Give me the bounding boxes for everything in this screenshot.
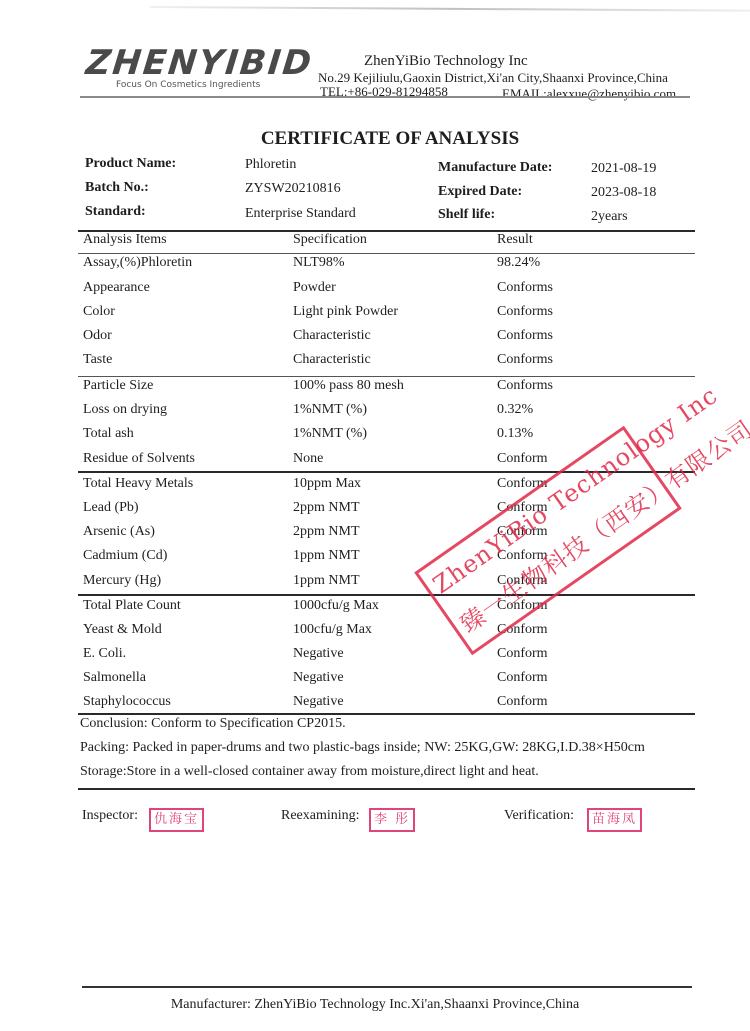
cell-item: Residue of Solvents: [83, 451, 195, 467]
cell-specification: 2ppm NMT: [293, 524, 360, 540]
table-row: ColorLight pink PowderConforms: [83, 304, 683, 328]
cell-result: Conforms: [497, 304, 553, 320]
table-row: Loss on drying1%NMT (%)0.32%: [83, 402, 683, 426]
cell-result: Conforms: [497, 280, 553, 296]
cell-specification: Powder: [293, 280, 336, 296]
cell-item: Appearance: [83, 280, 150, 296]
cell-specification: None: [293, 451, 323, 467]
cell-item: Salmonella: [83, 670, 146, 686]
cell-specification: 2ppm NMT: [293, 500, 360, 516]
cell-result: Conforms: [497, 328, 553, 344]
table-row: StaphylococcusNegativeConform: [83, 694, 683, 718]
cell-result: Conforms: [497, 352, 553, 368]
batch-label: Batch No.:: [85, 180, 149, 196]
cell-item: Loss on drying: [83, 402, 167, 418]
cell-item: Total ash: [83, 426, 134, 442]
cell-result: Conform: [497, 694, 548, 710]
cell-specification: Light pink Powder: [293, 304, 398, 320]
cell-specification: Negative: [293, 646, 344, 662]
company-email: EMAIL:alexxue@zhenyibio.com: [502, 86, 676, 102]
standard-label: Standard:: [85, 204, 146, 220]
cell-result: 0.32%: [497, 402, 533, 418]
cell-specification: Negative: [293, 670, 344, 686]
cell-result: Conform: [497, 451, 548, 467]
shelf-life-value: 2years: [591, 209, 628, 225]
cell-item: Lead (Pb): [83, 500, 139, 516]
notes-bottom-rule: [78, 788, 695, 790]
cell-result: 98.24%: [497, 255, 540, 271]
cell-item: Total Plate Count: [83, 598, 181, 614]
cell-item: Staphylococcus: [83, 694, 171, 710]
cell-specification: 1%NMT (%): [293, 426, 367, 442]
cell-specification: Characteristic: [293, 328, 371, 344]
product-name-value: Phloretin: [245, 157, 296, 173]
cell-specification: 100cfu/g Max: [293, 622, 372, 638]
packing-text: Packing: Packed in paper-drums and two p…: [80, 740, 645, 756]
standard-value: Enterprise Standard: [245, 206, 356, 222]
table-row: Total Plate Count1000cfu/g MaxConform: [83, 598, 683, 622]
cell-item: Arsenic (As): [83, 524, 155, 540]
table-row: OdorCharacteristicConforms: [83, 328, 683, 352]
verification-stamp: 苗海凤: [587, 808, 642, 832]
expired-date-value: 2023-08-18: [591, 185, 656, 201]
header-analysis-items: Analysis Items: [83, 232, 167, 248]
product-name-label: Product Name:: [85, 156, 176, 172]
cell-item: Total Heavy Metals: [83, 476, 193, 492]
cell-specification: Negative: [293, 694, 344, 710]
cell-item: Mercury (Hg): [83, 573, 161, 589]
cell-specification: 1ppm NMT: [293, 548, 360, 564]
company-name: ZhenYiBio Technology Inc: [364, 53, 528, 70]
cell-result: Conform: [497, 670, 548, 686]
footer-manufacturer: Manufacturer: ZhenYiBio Technology Inc.X…: [0, 997, 750, 1013]
logo-tagline: Focus On Cosmetics Ingredients: [116, 80, 260, 90]
cell-specification: 1ppm NMT: [293, 573, 360, 589]
header-divider: [80, 96, 690, 98]
table-row: Mercury (Hg)1ppm NMTConform: [83, 573, 683, 597]
cell-item: Particle Size: [83, 378, 153, 394]
header-specification: Specification: [293, 232, 367, 248]
document-title: CERTIFICATE OF ANALYSIS: [0, 128, 750, 150]
cell-item: Odor: [83, 328, 112, 344]
cell-result: 0.13%: [497, 426, 533, 442]
manufacture-date-label: Manufacture Date:: [438, 160, 552, 176]
company-logo: ZHENYIBID: [84, 43, 315, 83]
inspector-stamp: 仇海宝: [149, 808, 204, 832]
shelf-life-label: Shelf life:: [438, 207, 495, 223]
footer-divider: [82, 986, 692, 988]
cell-item: Color: [83, 304, 115, 320]
cell-item: E. Coli.: [83, 646, 126, 662]
reexamining-stamp: 李 彤: [369, 808, 415, 832]
table-row: Yeast & Mold100cfu/g MaxConform: [83, 622, 683, 646]
table-row: SalmonellaNegativeConform: [83, 670, 683, 694]
cell-result: Conforms: [497, 378, 553, 394]
verification-label: Verification:: [504, 808, 574, 824]
expired-date-label: Expired Date:: [438, 184, 522, 200]
storage-text: Storage:Store in a well-closed container…: [80, 764, 539, 780]
inspector-label: Inspector:: [82, 808, 138, 824]
reexamining-label: Reexamining:: [281, 808, 360, 824]
cell-item: Cadmium (Cd): [83, 548, 167, 564]
cell-specification: Characteristic: [293, 352, 371, 368]
batch-value: ZYSW20210816: [245, 181, 341, 197]
header-result: Result: [497, 232, 533, 248]
cell-specification: 1000cfu/g Max: [293, 598, 379, 614]
cell-specification: 10ppm Max: [293, 476, 361, 492]
cell-result: Conform: [497, 646, 548, 662]
table-row: Assay,(%)PhloretinNLT98%98.24%: [83, 255, 683, 279]
cell-item: Yeast & Mold: [83, 622, 162, 638]
cell-specification: 100% pass 80 mesh: [293, 378, 404, 394]
cell-specification: NLT98%: [293, 255, 345, 271]
table-row: E. Coli.NegativeConform: [83, 646, 683, 670]
table-row: TasteCharacteristicConforms: [83, 352, 683, 376]
cell-specification: 1%NMT (%): [293, 402, 367, 418]
cell-item: Assay,(%)Phloretin: [83, 255, 192, 271]
table-header: Analysis Items Specification Result: [83, 232, 683, 256]
table-row: AppearancePowderConforms: [83, 280, 683, 304]
manufacture-date-value: 2021-08-19: [591, 161, 656, 177]
group-rule-1: [78, 376, 695, 377]
conclusion-text: Conclusion: Conform to Specification CP2…: [80, 716, 346, 732]
cell-item: Taste: [83, 352, 112, 368]
table-row: Particle Size100% pass 80 meshConforms: [83, 378, 683, 402]
scan-artifact-line: [150, 6, 750, 12]
